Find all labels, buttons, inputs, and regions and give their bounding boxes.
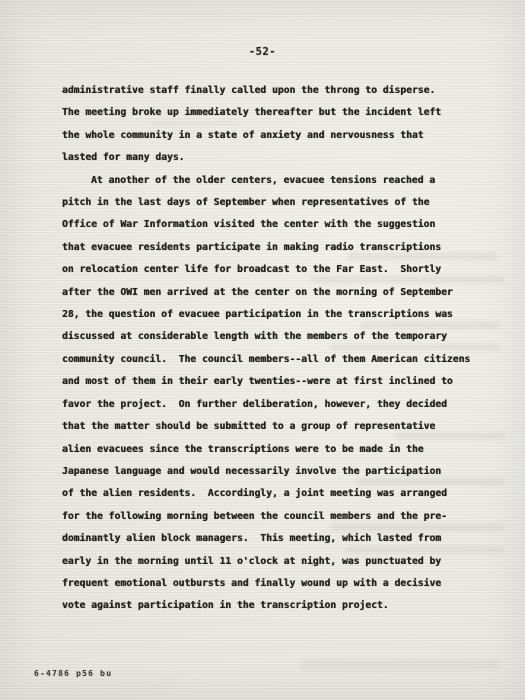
bleed-through-smudge (345, 547, 505, 553)
body-line: after the OWI men arrived at the center … (62, 282, 482, 304)
bleed-through-smudge (395, 433, 505, 439)
bleed-through-smudge (330, 524, 505, 531)
body-line: alien evacuees since the transcriptions … (62, 439, 482, 461)
body-line: administrative staff finally called upon… (62, 80, 482, 102)
body-line: pitch in the last days of September when… (62, 192, 482, 214)
archive-reference-note: 6-4786 p56 bu (34, 669, 112, 678)
bleed-through-smudge (310, 276, 505, 283)
body-line: frequent emotional outbursts and finally… (62, 573, 482, 595)
body-line: vote against participation in the transc… (62, 595, 482, 617)
bleed-through-smudge (355, 478, 505, 485)
body-line: the whole community in a state of anxiet… (62, 125, 482, 147)
bleed-through-smudge (300, 660, 500, 669)
page-number: -52- (0, 46, 525, 58)
bleed-through-smudge (348, 253, 498, 260)
body-line: Office of War Information visited the ce… (62, 214, 482, 236)
bleed-through-smudge (360, 322, 500, 329)
body-line: community council. The council members--… (62, 349, 482, 371)
bleed-through-smudge (150, 120, 240, 125)
body-line: and most of them in their early twenties… (62, 371, 482, 393)
body-line: of the alien residents. Accordingly, a j… (62, 483, 482, 505)
body-line: favor the project. On further deliberati… (62, 394, 482, 416)
body-line-paragraph-start: At another of the older centers, evacuee… (62, 170, 482, 192)
body-line: The meeting broke up immediately thereaf… (62, 102, 482, 124)
scanned-document-page: -52- administrative staff finally called… (0, 0, 525, 700)
body-line: lasted for many days. (62, 147, 482, 169)
bleed-through-smudge (330, 344, 500, 350)
body-line: early in the morning until 11 o'clock at… (62, 551, 482, 573)
